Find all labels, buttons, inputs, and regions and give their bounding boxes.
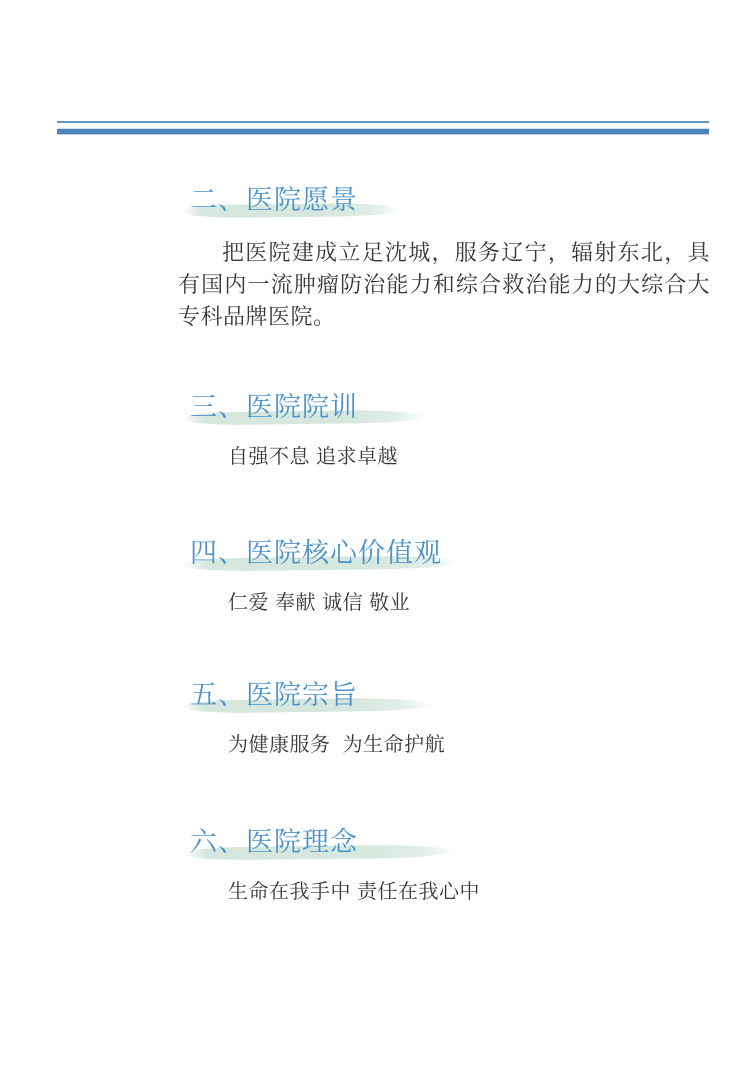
section-heading-purpose: 五、医院宗旨 xyxy=(190,678,358,712)
section-heading-text: 三、医院院训 xyxy=(190,392,358,422)
philosophy-text: 生命在我手中 责任在我心中 xyxy=(228,879,718,905)
section-heading-philosophy: 六、医院理念 xyxy=(190,825,358,859)
motto-text: 自强不息 追求卓越 xyxy=(228,444,718,470)
section-heading-text: 二、医院愿景 xyxy=(190,185,358,215)
top-divider xyxy=(57,121,709,134)
section-motto: 三、医院院训 自强不息 追求卓越 xyxy=(178,390,718,470)
section-purpose: 五、医院宗旨 为健康服务 为生命护航 xyxy=(178,678,718,758)
section-heading-text: 五、医院宗旨 xyxy=(190,680,358,710)
document-page: 二、医院愿景 把医院建成立足沈城，服务辽宁，辐射东北，具有国内一流肿瘤防治能力和… xyxy=(0,0,750,1067)
vision-paragraph: 把医院建成立足沈城，服务辽宁，辐射东北，具有国内一流肿瘤防治能力和综合救治能力的… xyxy=(178,237,710,333)
divider-thick-line xyxy=(57,129,709,134)
section-heading-motto: 三、医院院训 xyxy=(190,390,358,424)
core-values-text: 仁爱 奉献 诚信 敬业 xyxy=(228,590,718,616)
section-heading-vision: 二、医院愿景 xyxy=(190,183,358,217)
divider-thin-line xyxy=(57,121,709,123)
section-heading-core-values: 四、医院核心价值观 xyxy=(190,536,442,570)
section-heading-text: 四、医院核心价值观 xyxy=(190,538,442,568)
section-core-values: 四、医院核心价值观 仁爱 奉献 诚信 敬业 xyxy=(178,536,718,616)
purpose-text: 为健康服务 为生命护航 xyxy=(228,732,718,758)
section-vision: 二、医院愿景 把医院建成立足沈城，服务辽宁，辐射东北，具有国内一流肿瘤防治能力和… xyxy=(178,183,718,333)
section-heading-text: 六、医院理念 xyxy=(190,827,358,857)
section-philosophy: 六、医院理念 生命在我手中 责任在我心中 xyxy=(178,825,718,905)
